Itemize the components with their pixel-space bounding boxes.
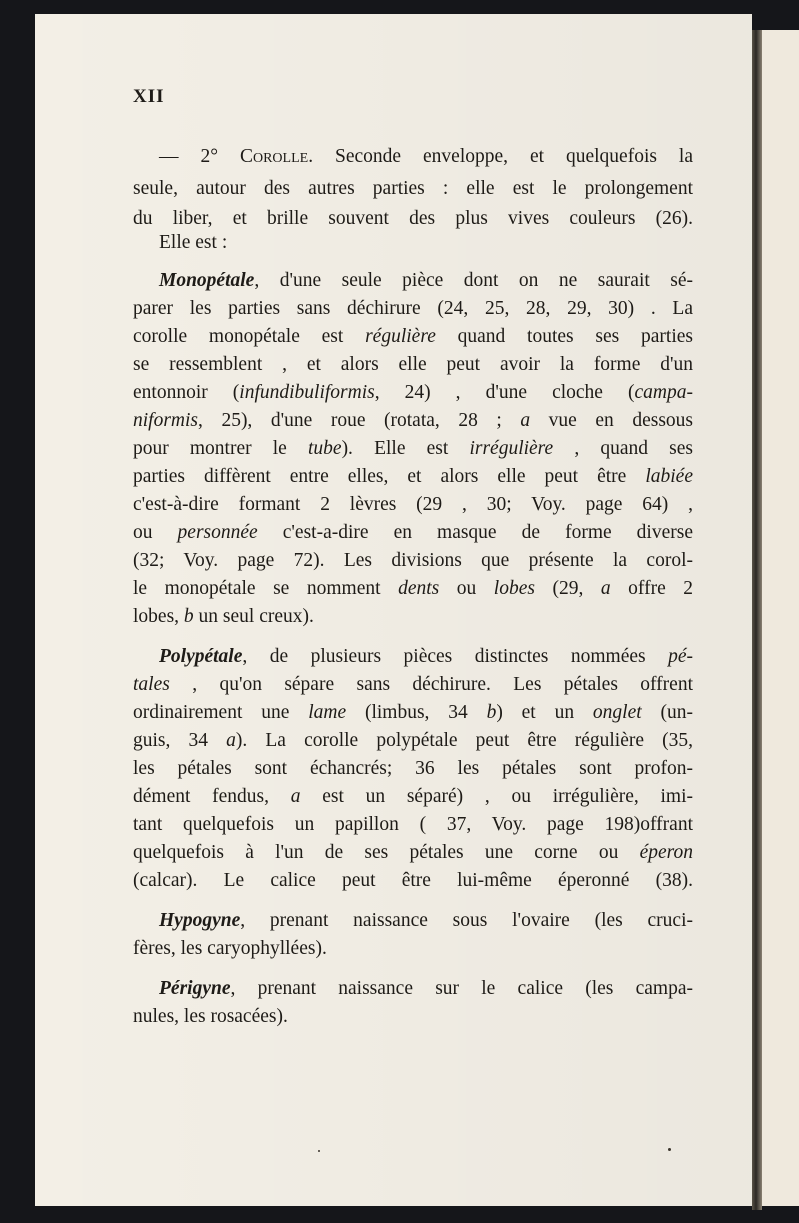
text-line: c'est-à-dire formant 2 lèvres (29 , 30; … <box>133 494 693 516</box>
term-polypetale: Polypétale <box>159 646 242 667</box>
text-line: (calcar). Le calice peut être lui-même é… <box>133 870 693 892</box>
term-monopetale: Monopétale <box>159 270 254 291</box>
text-line: quelquefois à l'un de ses pétales une co… <box>133 842 693 864</box>
text-line: (32; Voy. page 72). Les divisions que pr… <box>133 550 693 572</box>
text-line: fères, les caryophyllées). <box>133 938 327 960</box>
text-line: — 2° Corolle. Seconde enveloppe, et quel… <box>159 146 693 168</box>
text-line: corolle monopétale est régulière quand t… <box>133 326 693 348</box>
text-line: parties diffèrent entre elles, et alors … <box>133 466 693 488</box>
text-line: niformis, 25), d'une roue (rotata, 28 ; … <box>133 410 693 432</box>
text-line: les pétales sont échancrés; 36 les pétal… <box>133 758 693 780</box>
term-perigyne: Périgyne <box>159 978 230 999</box>
text-line: dément fendus, a est un séparé) , ou irr… <box>133 786 693 808</box>
text-line: guis, 34 a). La corolle polypétale peut … <box>133 730 693 752</box>
facing-page-edge <box>762 30 799 1206</box>
text-line: parer les parties sans déchirure (24, 25… <box>133 298 693 320</box>
text-line: Monopétale, d'une seule pièce dont on ne… <box>159 270 693 292</box>
text-line: nules, les rosacées). <box>133 1006 288 1028</box>
text-line: Périgyne, prenant naissance sur le calic… <box>159 978 693 1000</box>
text-line: le monopétale se nomment dents ou lobes … <box>133 578 693 600</box>
text-line: pour montrer le tube). Elle est irréguli… <box>133 438 693 460</box>
term-hypogyne: Hypogyne <box>159 910 240 931</box>
text-line: entonnoir (infundibuliformis, 24) , d'un… <box>133 382 693 404</box>
text-line: Polypétale, de plusieurs pièces distinct… <box>159 646 693 668</box>
paper-speck <box>318 1150 320 1152</box>
text-line: du liber, et brille souvent des plus viv… <box>133 208 693 230</box>
text-line: tales , qu'on sépare sans déchirure. Les… <box>133 674 693 696</box>
page-number: XII <box>133 86 165 108</box>
text-line: ou personnée c'est-a-dire en masque de f… <box>133 522 693 544</box>
text-line: lobes, b un seul creux). <box>133 606 314 628</box>
text-line: se ressemblent , et alors elle peut avoi… <box>133 354 693 376</box>
text-line: ordinairement une lame (limbus, 34 b) et… <box>133 702 693 724</box>
text-line: Hypogyne, prenant naissance sous l'ovair… <box>159 910 693 932</box>
book-gutter <box>752 30 762 1210</box>
text-line: seule, autour des autres parties : elle … <box>133 178 693 200</box>
paper-speck <box>668 1148 671 1151</box>
text-line: tant quelquefois un papillon ( 37, Voy. … <box>133 814 693 836</box>
text-line: Elle est : <box>159 232 227 254</box>
